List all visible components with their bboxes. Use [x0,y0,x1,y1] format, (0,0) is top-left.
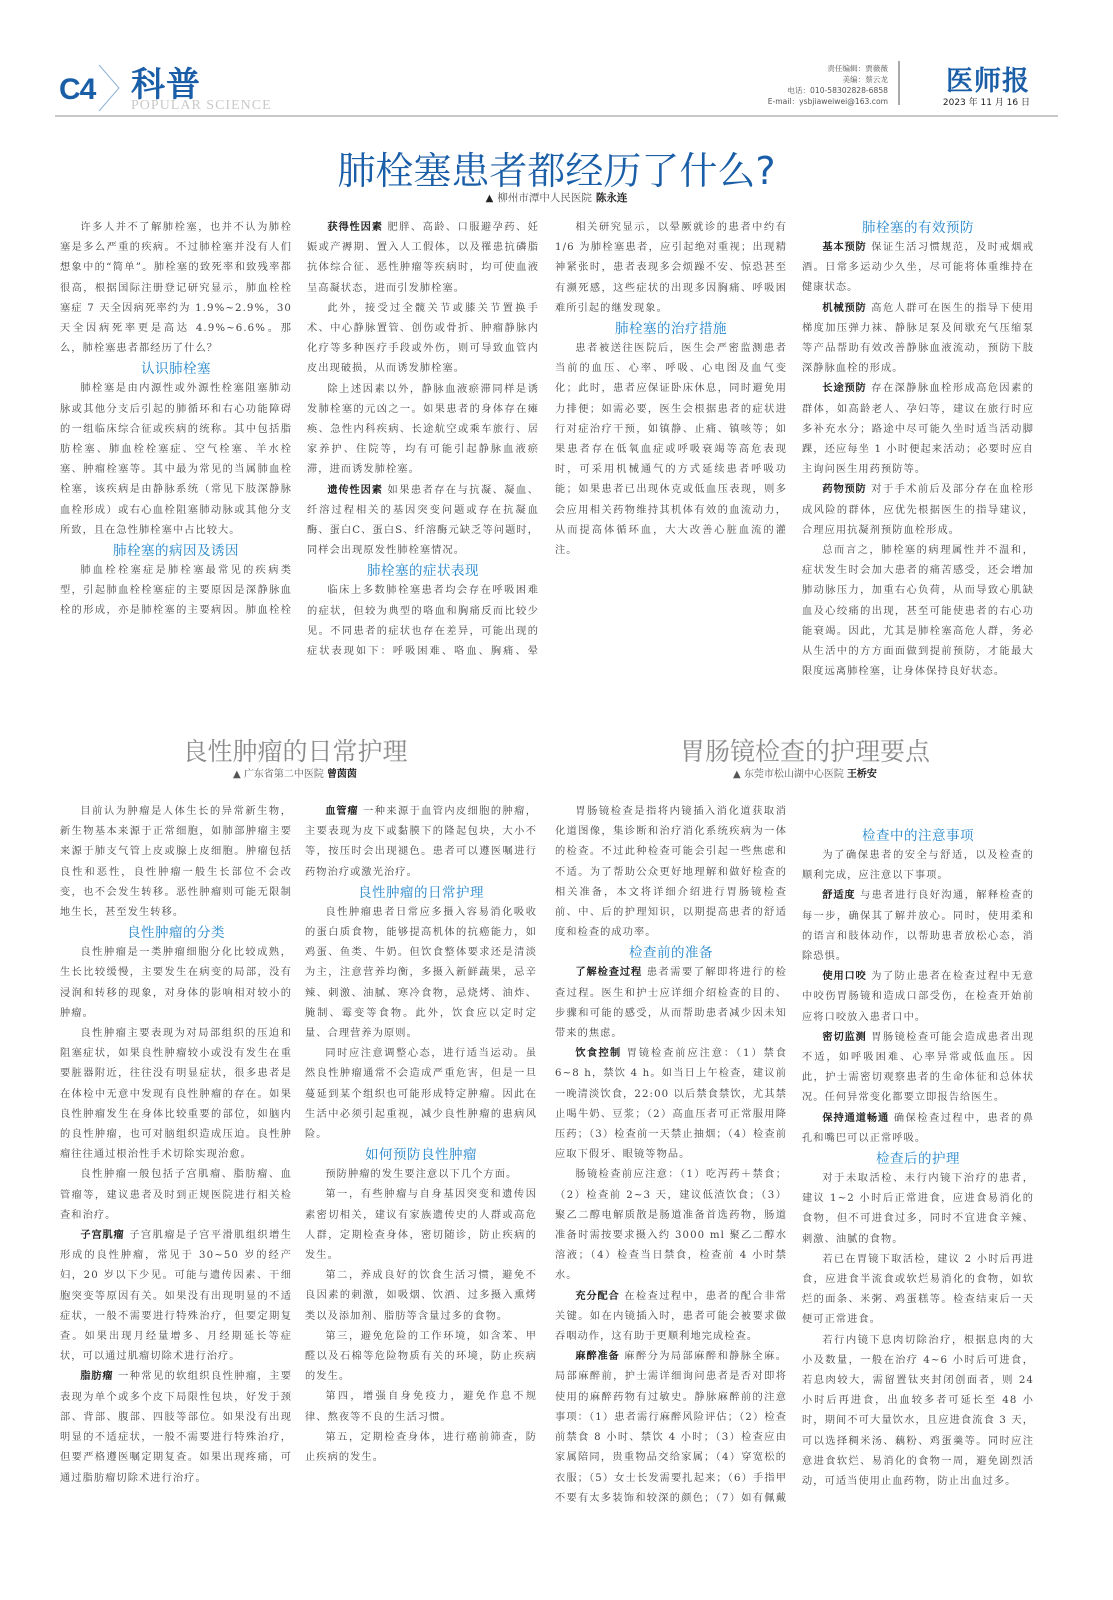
page-masthead: C4 科普 POPULAR SCIENCE 责任编辑：贾薇薇 美编：蔡云龙 电话… [55,55,1058,117]
issue-date: 2023 年 11 月 16 日 [943,95,1030,108]
paragraph: 除上述因素以外，静脉血液瘀滞同样是诱发肺栓塞的元凶之一。如果患者的身体存在瘫痪、… [307,380,539,481]
paragraph: 总而言之，肺栓塞的病理属性并不温和，症状发生时会加大患者的痛苦感受，还会增加肺动… [802,541,1034,682]
article1-column-3: 相关研究显示，以晕厥就诊的患者中约有 1/6 为肺栓塞患者，应引起绝对重视；出现… [555,218,787,561]
paragraph: 第三，避免危险的工作环境，如含苯、甲醛以及石棉等危险物质有关的环境，防止疾病的发… [305,1327,537,1388]
credit-phone: 电话：010-58302828-6858 [768,85,888,96]
article1-title: 肺栓塞患者都经历了什么? [0,140,1113,195]
subheading-after-exam: 检查后的护理 [802,1149,1034,1169]
paragraph: 脂肪瘤 一种常见的软组织良性肿瘤，主要表现为单个或多个皮下局限性包块，好发于颈部… [60,1367,292,1509]
page-number: C4 [59,73,95,107]
subheading-prevent-tumor: 如何预防良性肿瘤 [305,1145,537,1165]
byline-author: 曾茵茵 [327,769,357,780]
credit-editor: 责任编辑：贾薇薇 [768,63,888,74]
article2-intro: 目前认为肿瘤是人体生长的异常新生物，新生物基本来源于正常细胞，如肺部肿瘤主要来源… [60,802,292,923]
paragraph: 舒适度 与患者进行良好沟通，解释检查的每一步，确保其了解并放心。同时，使用柔和的… [802,886,1034,967]
paragraph: 患者被送往医院后，医生会严密监测患者当前的血压、心率、呼吸、心电图及血气变化；此… [555,339,787,561]
paragraph: 良性肿瘤一般包括子宫肌瘤、脂肪瘤、血管瘤等，建议患者及时到正规医院进行相关检查和… [60,1165,292,1226]
article1-column-2: 获得性因素 肥胖、高龄、口服避孕药、妊娠或产褥期、置入人工假体，以及罹患抗磷脂抗… [307,218,539,663]
subheading-daily-care: 良性肿瘤的日常护理 [305,883,537,903]
paragraph: 若行内镜下息肉切除治疗，根据息肉的大小及数量，一般在治疗 4~6 小时后可进食，… [802,1331,1034,1493]
article1-column-1: 许多人并不了解肺栓塞，也并不认为肺栓塞是多么严重的疾病。不过肺栓塞并没有人们想象… [60,218,292,623]
paragraph: 子宫肌瘤 子宫肌瘤是子宫平滑肌组织增生形成的良性肿瘤，常见于 30~50 岁的经… [60,1226,292,1367]
paragraph: 良性肿瘤是一类肿瘤细胞分化比较成熟，生长比较缓慢，主要发生在病变的局部，没有浸润… [60,943,292,1024]
paragraph: 肺栓塞是由内源性或外源性栓塞阻塞肺动脉或其他分支后引起的肺循环和右心功能障碍的一… [60,379,292,541]
paragraph: 良性肿瘤主要表现为对局部组织的压迫和阻塞症状，如果良性肿瘤较小或没有发生在重要脏… [60,1024,292,1165]
section-subtitle: POPULAR SCIENCE [131,98,272,114]
triangle-marker-icon: ▲ [233,769,241,780]
paragraph: 良性肿瘤患者日常应多摄入容易消化吸收的蛋白质食物，能够提高机体的抗癌能力，如鸡蛋… [305,903,537,1044]
paragraph: 相关研究显示，以晕厥就诊的患者中约有 1/6 为肺栓塞患者，应引起绝对重视；出现… [555,218,787,319]
paragraph: 肠镜检查前应注意：（1）吃泻药＋禁食；（2）检查前 2~3 天，建议低渣饮食；（… [555,1165,787,1286]
paragraph: 获得性因素 肥胖、高龄、口服避孕药、妊娠或产褥期、置入人工假体，以及罹患抗磷脂抗… [307,218,539,299]
paragraph: 肺血栓栓塞症是肺栓塞最常见的疾病类型，引起肺血栓栓塞症的主要原因是深静脉血栓的形… [60,561,292,623]
article3-intro: 胃肠镜检查是指将内镜插入消化道获取消化道图像，集诊断和治疗消化系统疾病为一体的检… [555,802,787,943]
paragraph: 若已在胃镜下取活检，建议 2 小时后再进食，应进食半流食或软烂易消化的食物，如软… [802,1250,1034,1331]
chevron-right-icon [97,63,129,113]
byline-institution: 柳州市潭中人民医院 [497,192,592,204]
subheading-during-exam: 检查中的注意事项 [802,826,1034,846]
paragraph: 机械预防 高危人群可在医生的指导下使用梯度加压弹力袜、静脉足泵及间歇充气压缩泵等… [802,299,1034,380]
paragraph: 遗传性因素 如果患者存在与抗凝、凝血、纤溶过程相关的基因突变问题或存在抗凝血酶、… [307,481,539,562]
byline-institution: 东莞市松山湖中心医院 [744,769,844,780]
article2-byline: ▲ 广东省第二中医院曾茵茵 [55,765,535,780]
subheading-before-exam: 检查前的准备 [555,943,787,963]
paragraph: 对于未取活检、未行内镜下治疗的患者，建议 1~2 小时后正常进食，应进食易消化的… [802,1169,1034,1250]
newspaper-logo: 医师报 [946,59,1030,98]
bold-lead: 遗传性因素 [327,485,382,496]
article3-column-1: 胃肠镜检查是指将内镜插入消化道获取消化道图像，集诊断和治疗消化系统疾病为一体的检… [555,802,787,1509]
paragraph: 麻醉准备 麻醉分为局部麻醉和静脉全麻。局部麻醉前，护士需详细询问患者是否对即将使… [555,1347,787,1509]
article2-column-1: 目前认为肿瘤是人体生长的异常新生物，新生物基本来源于正常细胞，如肺部肿瘤主要来源… [60,802,292,1509]
subheading-know-pe: 认识肺栓塞 [60,359,292,379]
triangle-marker-icon: ▲ [733,769,741,780]
paragraph: 第五，定期检查身体，进行癌前筛查，防止疾病的发生。 [305,1428,537,1468]
byline-author: 王桥安 [847,769,877,780]
article1-column-4: 肺栓塞的有效预防 基本预防 保证生活习惯规范，及时戒烟戒酒。日常多运动少久坐，尽… [802,218,1034,682]
article3-title: 胃肠镜检查的护理要点 [555,732,1055,768]
subheading-classification: 良性肿瘤的分类 [60,923,292,943]
article2-column-2: 血管瘤 一种来源于血管内皮细胞的肿瘤，主要表现为皮下或黏膜下的隆起包块，大小不等… [305,802,537,1468]
byline-institution: 广东省第二中医院 [244,769,324,780]
paragraph: 充分配合 在检查过程中，患者的配合非常关键。如在内镜插入时，患者可能会被要求做吞… [555,1287,787,1348]
paragraph: 基本预防 保证生活习惯规范，及时戒烟戒酒。日常多运动少久坐，尽可能将体重维持在健… [802,238,1034,299]
article1-intro: 许多人并不了解肺栓塞，也并不认为肺栓塞是多么严重的疾病。不过肺栓塞并没有人们想象… [60,218,292,359]
article1-byline: ▲柳州市潭中人民医院陈永连 [0,190,1113,205]
subheading-prevention: 肺栓塞的有效预防 [802,218,1034,238]
paragraph: 了解检查过程 患者需要了解即将进行的检查过程。医生和护士应详细介绍检查的目的、步… [555,963,787,1044]
subheading-treatment: 肺栓塞的治疗措施 [555,319,787,339]
paragraph: 第四，增强自身免疫力，避免作息不规律、熬夜等不良的生活习惯。 [305,1387,537,1427]
paragraph: 血管瘤 一种来源于血管内皮细胞的肿瘤，主要表现为皮下或黏膜下的隆起包块，大小不等… [305,802,537,883]
paragraph: 饮食控制 胃镜检查前应注意：（1）禁食 6~8 h，禁饮 4 h。如当日上午检查… [555,1044,787,1165]
credit-designer: 美编：蔡云龙 [768,74,888,85]
byline-author: 陈永连 [596,192,628,204]
paragraph: 第二，养成良好的饮食生活习惯，避免不良因素的刺激，如吸烟、饮酒、过多摄入熏烤类以… [305,1266,537,1327]
paragraph: 临床上多数肺栓塞患者均会存在呼吸困难的症状，但较为典型的咯血和胸痛反而比较少见。… [307,581,539,663]
paragraph: 密切监测 胃肠镜检查可能会造成患者出现不适，如呼吸困难、心率异常或低血压。因此，… [802,1028,1034,1109]
paragraph: 第一，有些肿瘤与自身基因突变和遗传因素密切相关，建议有家族遗传史的人群或高危人群… [305,1185,537,1266]
credit-email: E-mail：ysbjiaweiwei@163.com [768,96,888,107]
article3-byline: ▲ 东莞市松山湖中心医院王桥安 [555,765,1055,780]
paragraph: 药物预防 对于手术前后及部分存在血栓形成风险的群体，应优先根据医生的指导建议，合… [802,480,1034,541]
bold-lead: 获得性因素 [327,222,382,233]
masthead-divider [898,61,900,105]
paragraph: 保持通道畅通 确保检查过程中，患者的鼻孔和嘴巴可以正常呼吸。 [802,1109,1034,1149]
paragraph: 使用口咬 为了防止患者在检查过程中无意中咬伤胃肠镜和造成口部受伤，在检查开始前应… [802,967,1034,1028]
triangle-marker-icon: ▲ [486,193,494,204]
subheading-causes: 肺栓塞的病因及诱因 [60,541,292,561]
paragraph: 长途预防 存在深静脉血栓形成高危因素的群体，如高龄老人、孕妇等，建议在旅行时应多… [802,379,1034,480]
paragraph: 同时应注意调整心态，进行适当运动。虽然良性肿瘤通常不会造成严重危害，但是一旦蔓延… [305,1044,537,1145]
paragraph: 预防肿瘤的发生要注意以下几个方面。 [305,1165,537,1185]
article2-title: 良性肿瘤的日常护理 [55,732,535,768]
subheading-symptoms: 肺栓塞的症状表现 [307,561,539,581]
paragraph: 为了确保患者的安全与舒适，以及检查的顺利完成，应注意以下事项。 [802,846,1034,886]
article3-column-2: 检查中的注意事项 为了确保患者的安全与舒适，以及检查的顺利完成，应注意以下事项。… [802,802,1034,1492]
editorial-credits: 责任编辑：贾薇薇 美编：蔡云龙 电话：010-58302828-6858 E-m… [768,63,888,107]
paragraph: 此外，接受过全髋关节或膝关节置换手术、中心静脉置管、创伤或骨折、肿瘤静脉内化疗等… [307,299,539,380]
